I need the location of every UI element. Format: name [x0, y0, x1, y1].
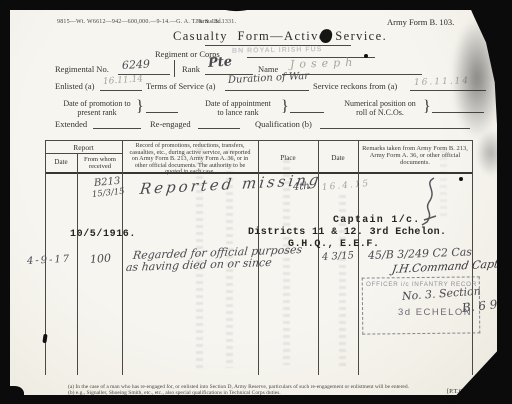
appointment-label: Date of appointmentto lance rank [196, 99, 280, 117]
numerical-label: Numerical position onroll of N.C.Os. [338, 99, 422, 117]
row2-place: 4 3/15 [322, 250, 355, 263]
terms-line [225, 90, 309, 91]
form-title: Casualty Form—Active Service. [173, 29, 387, 44]
enlisted-label: Enlisted (a) [55, 81, 94, 91]
row2-from-whom: 100 [90, 252, 112, 266]
reengaged-label: Re-engaged [150, 119, 191, 129]
table-vline [358, 140, 359, 375]
qualification-label: Qualification (b) [255, 119, 312, 129]
extended-line [93, 128, 141, 129]
report-underline [45, 153, 122, 154]
stamp-echelon: 3d ECHELON [398, 307, 472, 318]
scan-edge-left [0, 0, 10, 404]
scanned-casualty-form: 9815—Wt. W6612—942—600,000.—9-14.—G. A. … [0, 0, 512, 404]
col-report: Report [45, 143, 122, 152]
signature-flourish [418, 176, 444, 226]
rank-label: Rank [182, 64, 200, 74]
reengaged-line [198, 128, 240, 129]
appointment-line [290, 112, 324, 113]
regimental-no-value: 6249 [122, 58, 151, 72]
qualification-line [320, 128, 470, 129]
brace: } [136, 98, 144, 116]
ink-dot [459, 177, 463, 181]
col-from-whom: From whom received [78, 156, 122, 170]
col-date2: Date [318, 154, 358, 162]
row2-date: 4-9-17 [27, 254, 72, 267]
typed-date: 10/5/1916. [70, 229, 136, 240]
name-value: Joseph [290, 56, 358, 71]
scan-edge-top [0, 0, 512, 10]
table-vline [122, 140, 123, 375]
terms-label: Terms of Service (a) [146, 81, 216, 91]
promotion-line [146, 112, 178, 113]
enlisted-line [100, 90, 142, 91]
col-record: Record of promotions, reductions, transf… [127, 143, 253, 176]
service-reckons-label: Service reckons from (a) [313, 81, 397, 91]
rank-value: Pte [207, 54, 232, 71]
scan-edge-bottom [0, 395, 512, 404]
title-underline [205, 45, 351, 46]
field-divider [174, 60, 175, 77]
army-form-ref: Army Form B. 103. [387, 17, 454, 27]
brace: } [281, 98, 289, 116]
col-date: Date [45, 158, 77, 166]
table-vline [77, 153, 78, 375]
col-remarks: Remarks taken from Army Form B. 213, Arm… [362, 145, 468, 166]
form-small-ref: Forms B. 1331. [196, 19, 236, 25]
brace: } [423, 98, 431, 116]
extended-label: Extended [55, 119, 87, 129]
bleedthrough-strip [283, 160, 290, 365]
ink-dot [364, 54, 368, 58]
regimental-no-label: Regimental No. [55, 64, 109, 74]
typed-captain: Captain 1/c. [333, 215, 421, 226]
typed-districts: Districts 11 & 12. 3rd Echelon. [248, 227, 446, 238]
col-place: Place [258, 154, 318, 162]
scan-edge-corner [0, 386, 24, 404]
promotion-label: Date of promotion topresent rank [57, 99, 137, 117]
row1-place: 4th [293, 181, 311, 193]
